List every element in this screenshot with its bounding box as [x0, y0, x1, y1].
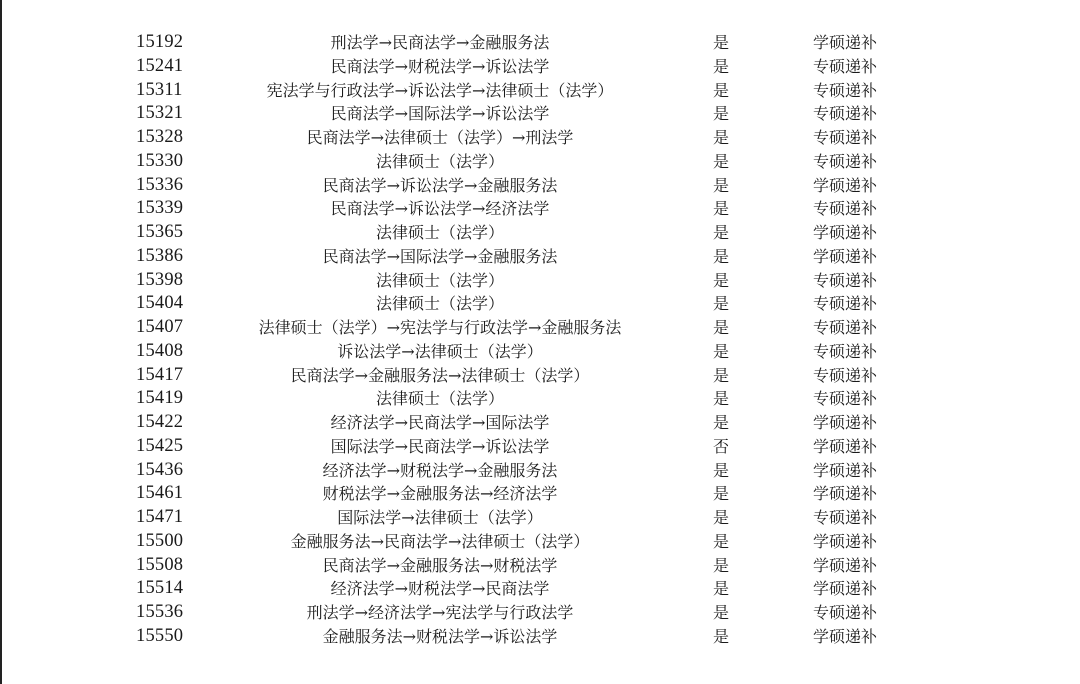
admission-type: 专硕递补: [795, 150, 895, 174]
accept-flag: 是: [704, 221, 738, 245]
table-row: 15425 国际法学→民商法学→诉讼法学 否 学硕递补: [0, 435, 1080, 459]
major-preference-path: 财税法学→金融服务法→经济法学: [190, 482, 690, 506]
accept-flag: 是: [704, 55, 738, 79]
major-preference-path: 民商法学→国际法学→金融服务法: [190, 245, 690, 269]
admission-type: 专硕递补: [795, 79, 895, 103]
accept-flag: 是: [704, 482, 738, 506]
table-row: 15550 金融服务法→财税法学→诉讼法学 是 学硕递补: [0, 625, 1080, 649]
table-row: 15514 经济法学→财税法学→民商法学 是 学硕递补: [0, 577, 1080, 601]
accept-flag: 是: [704, 292, 738, 316]
admission-type: 学硕递补: [795, 245, 895, 269]
accept-flag: 是: [704, 577, 738, 601]
table-row: 15339 民商法学→诉讼法学→经济法学 是 专硕递补: [0, 197, 1080, 221]
admission-table: 15192 刑法学→民商法学→金融服务法 是 学硕递补 15241 民商法学→财…: [0, 31, 1080, 649]
admission-type: 专硕递补: [795, 601, 895, 625]
table-row: 15407 法律硕士（法学）→宪法学与行政法学→金融服务法 是 专硕递补: [0, 316, 1080, 340]
major-preference-path: 民商法学→金融服务法→财税法学: [190, 554, 690, 578]
admission-type: 学硕递补: [795, 530, 895, 554]
table-row: 15461 财税法学→金融服务法→经济法学 是 学硕递补: [0, 482, 1080, 506]
accept-flag: 是: [704, 197, 738, 221]
table-row: 15436 经济法学→财税法学→金融服务法 是 学硕递补: [0, 459, 1080, 483]
major-preference-path: 经济法学→财税法学→金融服务法: [190, 459, 690, 483]
major-preference-path: 经济法学→财税法学→民商法学: [190, 577, 690, 601]
admission-type: 专硕递补: [795, 387, 895, 411]
accept-flag: 是: [704, 31, 738, 55]
accept-flag: 是: [704, 411, 738, 435]
admission-type: 专硕递补: [795, 364, 895, 388]
table-row: 15386 民商法学→国际法学→金融服务法 是 学硕递补: [0, 245, 1080, 269]
admission-type: 学硕递补: [795, 411, 895, 435]
accept-flag: 是: [704, 316, 738, 340]
major-preference-path: 国际法学→民商法学→诉讼法学: [190, 435, 690, 459]
table-row: 15419 法律硕士（法学） 是 专硕递补: [0, 387, 1080, 411]
accept-flag: 是: [704, 79, 738, 103]
major-preference-path: 金融服务法→财税法学→诉讼法学: [190, 625, 690, 649]
table-row: 15404 法律硕士（法学） 是 专硕递补: [0, 292, 1080, 316]
accept-flag: 是: [704, 174, 738, 198]
accept-flag: 是: [704, 102, 738, 126]
admission-type: 专硕递补: [795, 102, 895, 126]
accept-flag: 否: [704, 435, 738, 459]
major-preference-path: 法律硕士（法学）: [190, 150, 690, 174]
admission-type: 学硕递补: [795, 577, 895, 601]
major-preference-path: 民商法学→金融服务法→法律硕士（法学）: [190, 364, 690, 388]
table-row: 15192 刑法学→民商法学→金融服务法 是 学硕递补: [0, 31, 1080, 55]
admission-type: 学硕递补: [795, 31, 895, 55]
table-row: 15398 法律硕士（法学） 是 专硕递补: [0, 269, 1080, 293]
accept-flag: 是: [704, 150, 738, 174]
major-preference-path: 民商法学→国际法学→诉讼法学: [190, 102, 690, 126]
table-row: 15311 宪法学与行政法学→诉讼法学→法律硕士（法学） 是 专硕递补: [0, 79, 1080, 103]
table-row: 15330 法律硕士（法学） 是 专硕递补: [0, 150, 1080, 174]
table-row: 15508 民商法学→金融服务法→财税法学 是 学硕递补: [0, 554, 1080, 578]
accept-flag: 是: [704, 340, 738, 364]
accept-flag: 是: [704, 530, 738, 554]
accept-flag: 是: [704, 554, 738, 578]
major-preference-path: 法律硕士（法学）: [190, 269, 690, 293]
major-preference-path: 法律硕士（法学）: [190, 221, 690, 245]
admission-type: 学硕递补: [795, 625, 895, 649]
admission-type: 专硕递补: [795, 197, 895, 221]
major-preference-path: 国际法学→法律硕士（法学）: [190, 506, 690, 530]
major-preference-path: 民商法学→财税法学→诉讼法学: [190, 55, 690, 79]
accept-flag: 是: [704, 364, 738, 388]
accept-flag: 是: [704, 126, 738, 150]
table-row: 15422 经济法学→民商法学→国际法学 是 学硕递补: [0, 411, 1080, 435]
admission-type: 学硕递补: [795, 482, 895, 506]
major-preference-path: 经济法学→民商法学→国际法学: [190, 411, 690, 435]
table-row: 15536 刑法学→经济法学→宪法学与行政法学 是 专硕递补: [0, 601, 1080, 625]
major-preference-path: 法律硕士（法学）: [190, 387, 690, 411]
major-preference-path: 金融服务法→民商法学→法律硕士（法学）: [190, 530, 690, 554]
admission-type: 专硕递补: [795, 126, 895, 150]
major-preference-path: 诉讼法学→法律硕士（法学）: [190, 340, 690, 364]
admission-type: 学硕递补: [795, 459, 895, 483]
major-preference-path: 民商法学→法律硕士（法学）→刑法学: [190, 126, 690, 150]
table-row: 15336 民商法学→诉讼法学→金融服务法 是 学硕递补: [0, 174, 1080, 198]
admission-type: 专硕递补: [795, 316, 895, 340]
accept-flag: 是: [704, 387, 738, 411]
accept-flag: 是: [704, 506, 738, 530]
admission-type: 专硕递补: [795, 506, 895, 530]
table-row: 15500 金融服务法→民商法学→法律硕士（法学） 是 学硕递补: [0, 530, 1080, 554]
table-row: 15417 民商法学→金融服务法→法律硕士（法学） 是 专硕递补: [0, 364, 1080, 388]
major-preference-path: 民商法学→诉讼法学→经济法学: [190, 197, 690, 221]
table-row: 15321 民商法学→国际法学→诉讼法学 是 专硕递补: [0, 102, 1080, 126]
accept-flag: 是: [704, 601, 738, 625]
major-preference-path: 法律硕士（法学）→宪法学与行政法学→金融服务法: [190, 316, 690, 340]
admission-type: 专硕递补: [795, 55, 895, 79]
table-row: 15471 国际法学→法律硕士（法学） 是 专硕递补: [0, 506, 1080, 530]
accept-flag: 是: [704, 625, 738, 649]
accept-flag: 是: [704, 269, 738, 293]
admission-type: 专硕递补: [795, 292, 895, 316]
table-row: 15241 民商法学→财税法学→诉讼法学 是 专硕递补: [0, 55, 1080, 79]
accept-flag: 是: [704, 245, 738, 269]
table-row: 15408 诉讼法学→法律硕士（法学） 是 专硕递补: [0, 340, 1080, 364]
admission-type: 专硕递补: [795, 269, 895, 293]
table-row: 15328 民商法学→法律硕士（法学）→刑法学 是 专硕递补: [0, 126, 1080, 150]
major-preference-path: 刑法学→民商法学→金融服务法: [190, 31, 690, 55]
table-row: 15365 法律硕士（法学） 是 学硕递补: [0, 221, 1080, 245]
admission-type: 学硕递补: [795, 221, 895, 245]
admission-type: 学硕递补: [795, 554, 895, 578]
major-preference-path: 法律硕士（法学）: [190, 292, 690, 316]
accept-flag: 是: [704, 459, 738, 483]
admission-type: 学硕递补: [795, 174, 895, 198]
admission-type: 学硕递补: [795, 435, 895, 459]
major-preference-path: 宪法学与行政法学→诉讼法学→法律硕士（法学）: [190, 79, 690, 103]
major-preference-path: 刑法学→经济法学→宪法学与行政法学: [190, 601, 690, 625]
major-preference-path: 民商法学→诉讼法学→金融服务法: [190, 174, 690, 198]
admission-type: 专硕递补: [795, 340, 895, 364]
